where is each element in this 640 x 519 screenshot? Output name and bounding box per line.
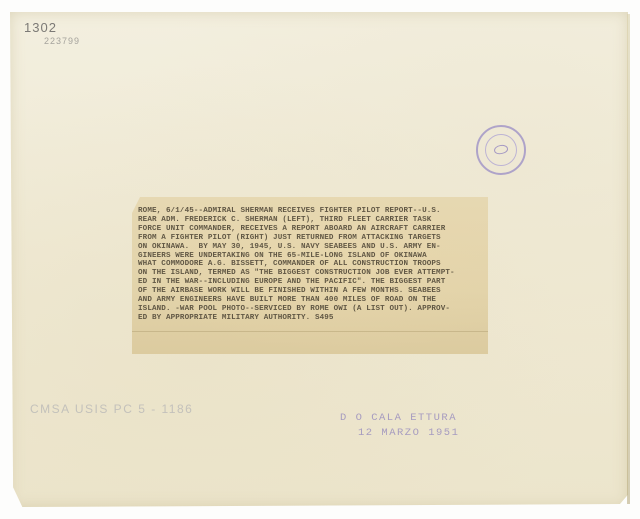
caption-line: ON THE ISLAND, TERMED AS "THE BIGGEST CO…	[138, 269, 455, 277]
caption-text: ROME, 6/1/45--ADMIRAL SHERMAN RECEIVES F…	[138, 207, 484, 323]
caption-line: ED BY APPROPRIATE MILITARY AUTHORITY. S4…	[138, 314, 334, 322]
caption-line: ED IN THE WAR--INCLUDING EUROPE AND THE …	[138, 278, 445, 286]
caption-line: ISLAND. -WAR POOL PHOTO--SERVICED BY ROM…	[138, 305, 450, 313]
caption-line: ON OKINAWA. BY MAY 30, 1945, U.S. NAVY S…	[138, 243, 441, 251]
caption-line: WHAT COMMODORE A.G. BISSETT, COMMANDER O…	[138, 260, 441, 268]
caption-line: ROME, 6/1/45--ADMIRAL SHERMAN RECEIVES F…	[138, 207, 441, 215]
caption-line: AND ARMY ENGINEERS HAVE BUILT MORE THAN …	[138, 296, 436, 304]
scan-background: 1302 223799 ROME, 6/1/45--ADMIRAL SHERMA…	[0, 0, 640, 519]
caption-line: OF THE AIRBASE WORK WILL BE FINISHED WIT…	[138, 287, 441, 295]
caption-line: FORCE UNIT COMMANDER, RECEIVES A REPORT …	[138, 225, 445, 233]
pencil-sub-number: 223799	[44, 36, 80, 46]
caption-line: GINEERS WERE UNDERTAKING ON THE 65-MILE-…	[138, 252, 427, 260]
caption-line: REAR ADM. FREDERICK C. SHERMAN (LEFT), T…	[138, 216, 431, 224]
caption-line: FROM A FIGHTER PILOT (RIGHT) JUST RETURN…	[138, 234, 441, 242]
paper-edge	[627, 14, 630, 504]
receipt-stamp-date: 12 MARZO 1951	[358, 427, 459, 439]
circular-seal-stamp	[476, 125, 526, 175]
receipt-stamp-line1: D O CALA ETTURA	[340, 412, 457, 424]
clipping-fold-line	[132, 331, 488, 332]
caption-clipping: ROME, 6/1/45--ADMIRAL SHERMAN RECEIVES F…	[132, 197, 488, 354]
pencil-number: 1302	[24, 20, 57, 35]
archive-reference: CMSA USIS PC 5 - 1186	[30, 402, 193, 416]
